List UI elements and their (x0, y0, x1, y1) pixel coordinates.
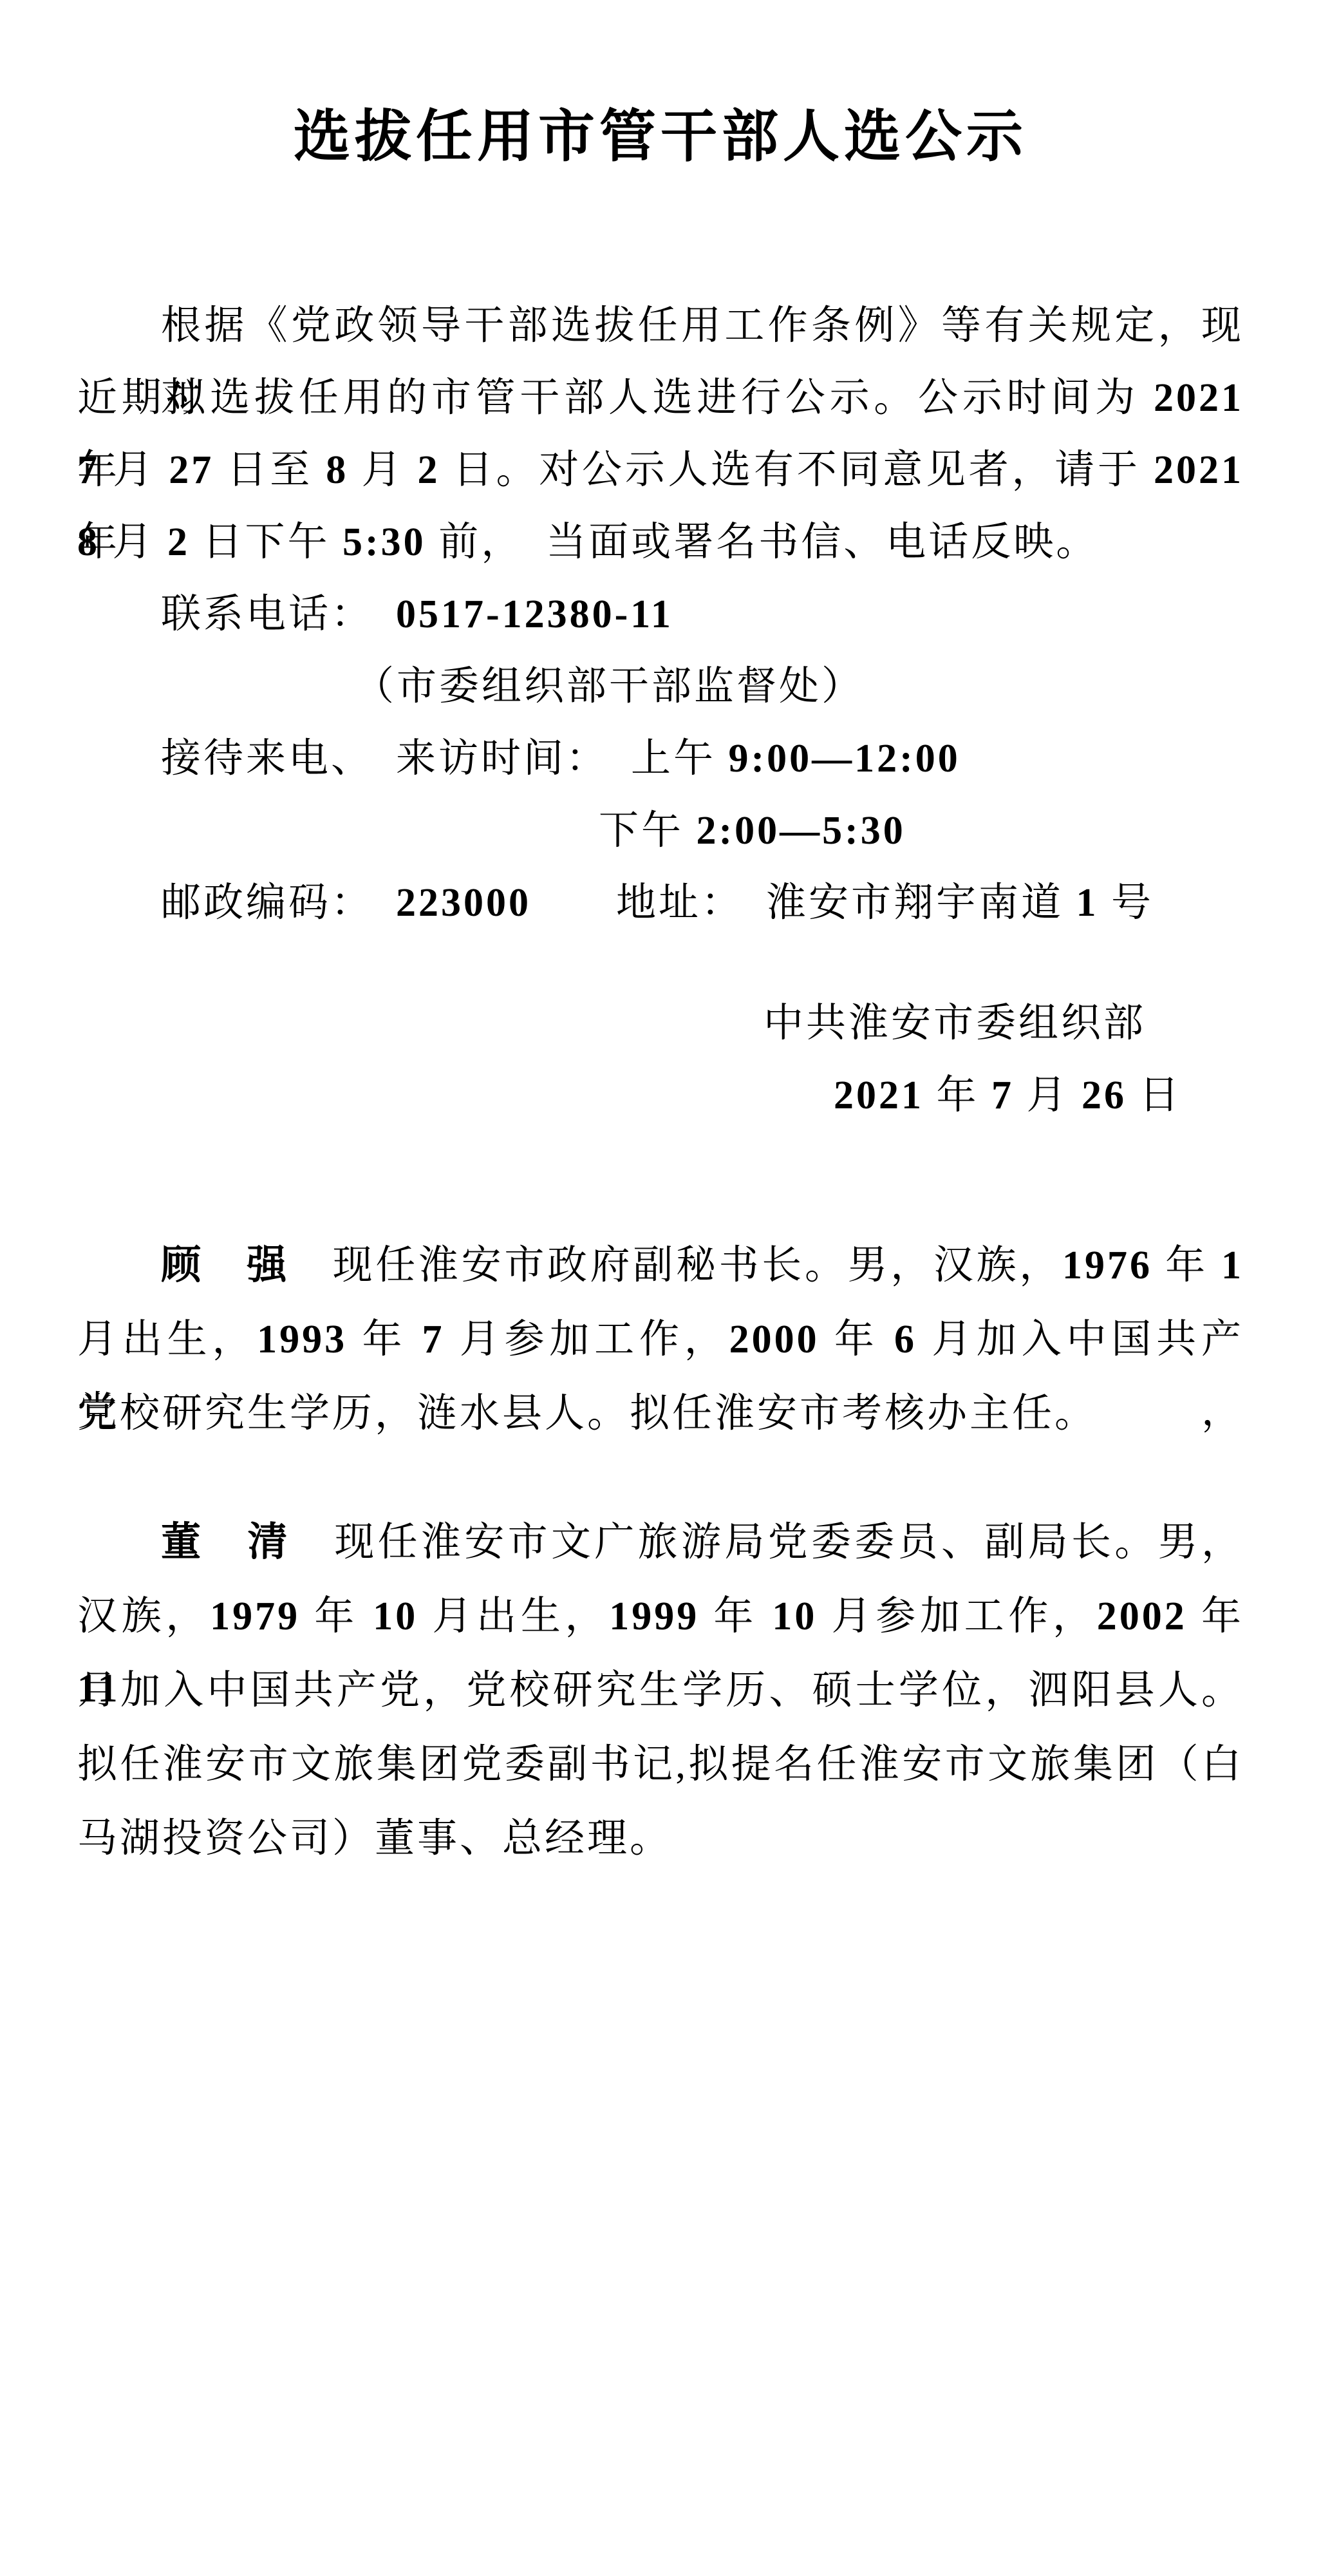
text-segment: 党校研究生学历，涟水县人。拟任淮安市考核办主任。 (77, 1392, 1097, 1435)
bold-text-segment: 27 (169, 448, 214, 492)
text-segment: 日。对公示人选有不同意见者，请于 (440, 448, 1154, 492)
text-segment: 年 (300, 1595, 373, 1638)
notice-body-line: （市委组织部干部监督处） (77, 650, 1244, 723)
bold-text-segment: 2021 (1154, 376, 1244, 420)
bold-text-segment: 7 (77, 448, 100, 492)
notice-body-line: 邮政编码： 223000 地址： 淮安市翔宇南道 1 号 (77, 867, 1244, 939)
bold-text-segment: 2021 (834, 1074, 924, 1117)
bio-gu-qiang-line: 顾 强 现任淮安市政府副秘书长。男，汉族，1976 年 1 (77, 1229, 1244, 1302)
text-segment: 中共淮安市委组织部 (764, 1001, 1146, 1045)
document-title: 选拔任用市管干部人选公示 (0, 102, 1321, 174)
bold-text-segment: 2002 (1097, 1595, 1187, 1638)
bold-text-segment: 9:00—12:00 (729, 737, 960, 781)
text-segment: 近期拟选拔任用的市管干部人选进行公示。公示时间为 (77, 376, 1154, 420)
text-segment: 邮政编码： (161, 881, 396, 925)
bio-gu-qiang-line: 月出生，1993 年 7 月参加工作，2000 年 6 月加入中国共产党， (77, 1303, 1244, 1376)
bold-text-segment: 1979 (210, 1595, 300, 1638)
bold-text-segment: 1999 (609, 1595, 699, 1638)
signature-block-line: 中共淮安市委组织部 (77, 987, 1244, 1059)
bold-text-segment: 1 (1076, 881, 1099, 925)
notice-body-line: 联系电话： 0517-12380-11 (77, 578, 1244, 650)
bold-text-segment: 7 (991, 1074, 1014, 1117)
bio-dong-qing-line: 汉族，1979 年 10 月出生，1999 年 10 月参加工作，2002 年 … (77, 1580, 1244, 1653)
bold-text-segment: 8 (77, 520, 100, 564)
text-segment: 日 (1127, 1074, 1182, 1117)
notice-body-line: 下午 2:00—5:30 (77, 795, 1244, 867)
bold-text-segment: 2000 (729, 1318, 820, 1361)
notice-body-line: 接待来电、 来访时间： 上午 9:00—12:00 (77, 723, 1244, 795)
bold-text-segment: 2 (167, 520, 190, 564)
notice-body-line: 近期拟选拔任用的市管干部人选进行公示。公示时间为 2021 年 (77, 362, 1244, 434)
bold-text-segment: 1 (1221, 1244, 1244, 1287)
text-segment: 地址： 淮安市翔宇南道 (531, 881, 1076, 925)
bold-text-segment: 顾 强 (161, 1244, 290, 1287)
notice-body-line: 8 月 2 日下午 5:30 前， 当面或署名书信、电话反映。 (77, 506, 1244, 578)
text-segment: 年 (924, 1074, 991, 1117)
text-segment: 年 (820, 1318, 894, 1361)
bold-text-segment: 5:30 (342, 520, 426, 564)
text-segment: 月加入中国共产党，党校研究生学历、硕士学位，泗阳县人。 (77, 1669, 1244, 1712)
text-segment: 日下午 (190, 520, 342, 564)
signature-block-line: 2021 年 7 月 26 日 (77, 1059, 1244, 1132)
text-segment: 月参加工作， (445, 1318, 729, 1361)
text-segment: 月 (100, 520, 167, 564)
text-segment: 年 (1187, 1595, 1244, 1638)
text-segment: 年 (699, 1595, 772, 1638)
bold-text-segment: 2 (418, 448, 440, 492)
bold-text-segment: 10 (772, 1595, 817, 1638)
bold-text-segment: 0517-12380-11 (396, 592, 673, 636)
text-segment: 月参加工作， (817, 1595, 1096, 1638)
text-segment: 前， 当面或署名书信、电话反映。 (426, 520, 1099, 564)
bold-text-segment: 8 (326, 448, 348, 492)
bold-text-segment: 2021 (1154, 448, 1244, 492)
text-segment: 下午 (599, 809, 697, 853)
bold-text-segment: 7 (422, 1318, 445, 1361)
text-segment: 月 (1014, 1074, 1082, 1117)
bold-text-segment: 223000 (396, 881, 531, 925)
bold-text-segment: 1993 (257, 1318, 347, 1361)
text-segment: 接待来电、 来访时间： 上午 (161, 737, 729, 781)
bold-text-segment: 2:00—5:30 (697, 809, 906, 853)
text-segment: 现任淮安市政府副秘书长。男，汉族， (290, 1244, 1062, 1287)
text-segment: 年 (347, 1318, 422, 1361)
text-segment: 现任淮安市文广旅游局党委委员、副局长。男， (291, 1520, 1244, 1564)
text-segment: 年 (1152, 1244, 1221, 1287)
bold-text-segment: 董 清 (161, 1520, 291, 1564)
bold-text-segment: 26 (1082, 1074, 1127, 1117)
text-segment: 月 (100, 448, 169, 492)
bold-text-segment: 6 (894, 1318, 917, 1361)
document-page: 选拔任用市管干部人选公示 根据《党政领导干部选拔任用工作条例》等有关规定，现对近… (0, 0, 1321, 2576)
bio-dong-qing-line: 拟任淮安市文旅集团党委副书记,拟提名任淮安市文旅集团（白 (77, 1728, 1244, 1801)
bio-dong-qing-line: 月加入中国共产党，党校研究生学历、硕士学位，泗阳县人。 (77, 1654, 1244, 1727)
notice-body-line: 根据《党政领导干部选拔任用工作条例》等有关规定，现对 (77, 290, 1244, 362)
bio-dong-qing-line: 马湖投资公司）董事、总经理。 (77, 1803, 1244, 1875)
text-segment: 月出生， (418, 1595, 609, 1638)
text-segment: 马湖投资公司）董事、总经理。 (77, 1817, 672, 1861)
text-segment: 月出生， (77, 1318, 257, 1361)
bold-text-segment: 10 (373, 1595, 418, 1638)
bold-text-segment: 1976 (1062, 1244, 1152, 1287)
text-segment: 月 (348, 448, 417, 492)
text-segment: （市委组织部干部监督处） (354, 665, 864, 708)
bio-dong-qing-line: 董 清 现任淮安市文广旅游局党委委员、副局长。男， (77, 1506, 1244, 1578)
text-segment: 拟任淮安市文旅集团党委副书记,拟提名任淮安市文旅集团（白 (77, 1743, 1244, 1786)
text-segment: 汉族， (77, 1595, 210, 1638)
text-segment: 日至 (214, 448, 326, 492)
notice-body-line: 7 月 27 日至 8 月 2 日。对公示人选有不同意见者，请于 2021 年 (77, 434, 1244, 506)
bio-gu-qiang-line: 党校研究生学历，涟水县人。拟任淮安市考核办主任。 (77, 1378, 1244, 1450)
text-segment: 号 (1099, 881, 1154, 925)
text-segment: 联系电话： (161, 592, 396, 636)
